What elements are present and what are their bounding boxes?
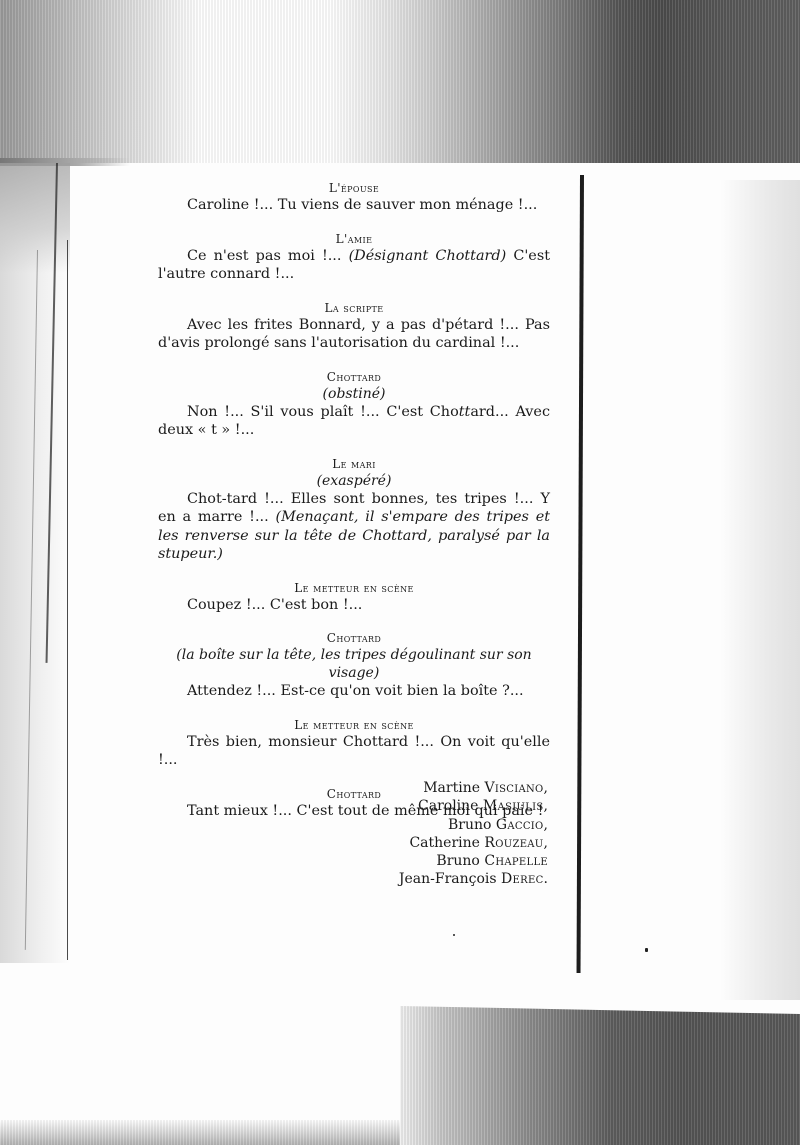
- dialogue-line: Non !... S'il vous plaît !... C'est Chot…: [158, 403, 550, 440]
- credit-separator: ,: [544, 798, 548, 814]
- spoken-text: Non !... S'il vous plaît !... C'est Cho: [187, 404, 459, 420]
- speaker-name: Le mari: [158, 456, 550, 472]
- dialogue-block: Chottard(obstiné)Non !... S'il vous plaî…: [158, 369, 550, 440]
- credit-separator: ,: [544, 835, 548, 851]
- author-first-name: Catherine: [409, 835, 479, 851]
- credit-separator: ,: [544, 817, 548, 833]
- scan-bottom-band: [400, 998, 800, 1145]
- credit-author: Martine Visciano,: [350, 779, 548, 797]
- credit-author: Catherine Rouzeau,: [350, 834, 548, 852]
- speaker-name: Chottard: [158, 369, 550, 385]
- author-first-name: Bruno: [448, 817, 491, 833]
- author-surname: Rouzeau: [484, 835, 543, 851]
- dialogue-line: Attendez !... Est-ce qu'on voit bien la …: [158, 682, 550, 701]
- credits-block: Martine Visciano,Caroline Masiulis,Bruno…: [350, 779, 548, 889]
- dialogue-block: Le mari(exaspéré)Chot-tard !... Elles so…: [158, 456, 550, 564]
- play-script-page: L'épouseCaroline !... Tu viens de sauver…: [158, 180, 550, 836]
- scan-left-noise: [0, 163, 70, 963]
- book-spine-line: [577, 175, 584, 973]
- credit-author: Jean-François Derec.: [350, 870, 548, 888]
- speaker-name: Le metteur en scène: [158, 717, 550, 733]
- scan-speck: [453, 934, 455, 936]
- stage-direction: (obstiné): [158, 385, 550, 403]
- author-surname: Visciano: [484, 780, 543, 796]
- dialogue-line: Très bien, monsieur Chottard !... On voi…: [158, 733, 550, 770]
- dialogue-block: Chottard(la boîte sur la tête, les tripe…: [158, 630, 550, 701]
- author-first-name: Caroline: [418, 798, 478, 814]
- inline-stage-direction: tt: [459, 404, 471, 420]
- spoken-text: Très bien, monsieur Chottard !... On voi…: [158, 734, 550, 769]
- inline-stage-direction: (Désignant Chottard): [349, 248, 507, 264]
- author-first-name: Jean-François: [399, 871, 497, 887]
- stage-direction: (la boîte sur la tête, les tripes dégoul…: [158, 646, 550, 682]
- dialogue-block: L'amieCe n'est pas moi !... (Désignant C…: [158, 231, 550, 284]
- gutter-line: [67, 240, 68, 960]
- author-first-name: Bruno: [436, 853, 479, 869]
- dialogue-block: Le metteur en scèneCoupez !... C'est bon…: [158, 580, 550, 615]
- author-surname: Gaccio: [496, 817, 544, 833]
- dialogue-line: Coupez !... C'est bon !...: [158, 596, 550, 615]
- spoken-text: Avec les frites Bonnard, y a pas d'pétar…: [158, 317, 550, 352]
- author-first-name: Martine: [423, 780, 480, 796]
- dialogue-line: Ce n'est pas moi !... (Désignant Chottar…: [158, 247, 550, 284]
- credit-separator: ,: [544, 780, 548, 796]
- scan-left-shadow: [0, 163, 70, 273]
- spoken-text: Attendez !... Est-ce qu'on voit bien la …: [187, 683, 524, 699]
- author-surname: Derec: [501, 871, 544, 887]
- speaker-name: L'épouse: [158, 180, 550, 196]
- speaker-name: Le metteur en scène: [158, 580, 550, 596]
- dialogue-line: Avec les frites Bonnard, y a pas d'pétar…: [158, 316, 550, 353]
- credit-separator: .: [544, 871, 548, 887]
- speaker-name: La scripte: [158, 300, 550, 316]
- scan-top-band: [0, 0, 800, 163]
- scan-bottom-left-band: [0, 1120, 400, 1145]
- scan-speck: [645, 948, 648, 952]
- stage-direction: (exaspéré): [158, 472, 550, 490]
- credit-author: Caroline Masiulis,: [350, 797, 548, 815]
- speaker-name: L'amie: [158, 231, 550, 247]
- author-surname: Masiulis: [483, 798, 544, 814]
- dialogue-line: Chot-tard !... Elles sont bonnes, tes tr…: [158, 490, 550, 564]
- spoken-text: Ce n'est pas moi !...: [187, 248, 349, 264]
- credit-author: Bruno Gaccio,: [350, 816, 548, 834]
- author-surname: Chapelle: [484, 853, 548, 869]
- dialogue-block: L'épouseCaroline !... Tu viens de sauver…: [158, 180, 550, 215]
- dialogue-line: Caroline !... Tu viens de sauver mon mén…: [158, 196, 550, 215]
- spoken-text: Coupez !... C'est bon !...: [187, 597, 362, 613]
- dialogue-block: La scripteAvec les frites Bonnard, y a p…: [158, 300, 550, 353]
- speaker-name: Chottard: [158, 630, 550, 646]
- spoken-text: Caroline !... Tu viens de sauver mon mén…: [187, 197, 537, 213]
- credit-author: Bruno Chapelle: [350, 852, 548, 870]
- dialogue-block: Le metteur en scèneTrès bien, monsieur C…: [158, 717, 550, 770]
- scan-right-smudge: [720, 180, 800, 1000]
